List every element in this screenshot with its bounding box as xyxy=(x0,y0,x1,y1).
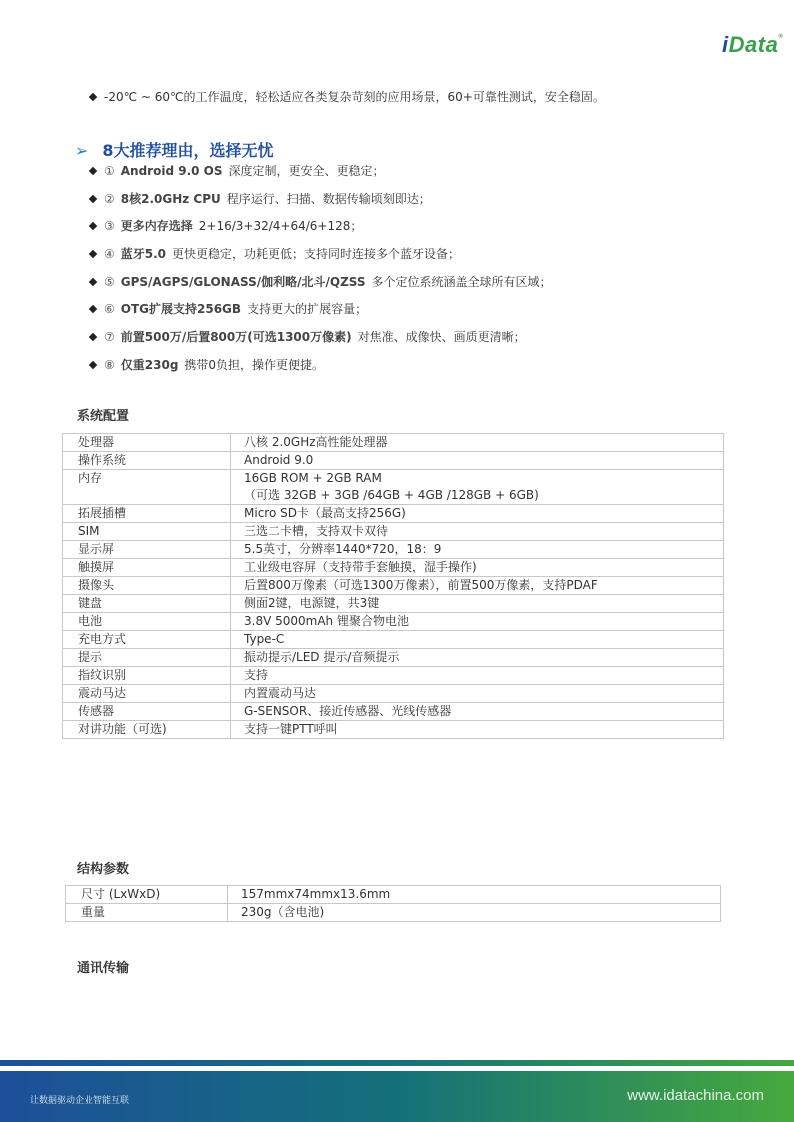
spec-value-cell: 230g（含电池) xyxy=(228,904,721,922)
table-row: 摄像头后置800万像素（可选1300万像素），前置500万像素，支持PDAF xyxy=(63,577,724,595)
reasons-heading-text: 8大推荐理由，选择无忧 xyxy=(102,141,273,160)
reason-number: ⑥ xyxy=(104,302,115,316)
table-row: 充电方式Type-C xyxy=(63,631,724,649)
system-config-table: 处理器八核 2.0GHz高性能处理器操作系统Android 9.0内存16GB … xyxy=(62,433,724,739)
spec-label: 指纹识别 xyxy=(63,667,231,685)
table-row: 提示振动提示/LED 提示/音频提示 xyxy=(63,649,724,667)
spec-label: 摄像头 xyxy=(63,577,231,595)
spec-label: 对讲功能（可选) xyxy=(63,721,231,739)
spec-value-cell: 三选二卡槽，支持双卡双待 xyxy=(231,523,724,541)
spec-value: Type-C xyxy=(244,632,284,646)
spec-value-cell: 157mmx74mmx13.6mm xyxy=(228,886,721,904)
spec-value-cell: Micro SD卡（最高支持256G) xyxy=(231,505,724,523)
spec-value: Android 9.0 xyxy=(244,453,313,467)
table-row: 显示屏5.5英寸，分辨率1440*720，18：9 xyxy=(63,541,724,559)
reasons-heading: ➢8大推荐理由，选择无忧 xyxy=(75,138,274,161)
reason-title: Android 9.0 OS xyxy=(121,164,223,178)
reason-desc: 深度定制，更安全、更稳定； xyxy=(229,164,385,178)
communication-title: 通讯传输 xyxy=(77,957,129,976)
reason-number: ⑧ xyxy=(104,358,115,372)
spec-value-extra: （可选 32GB + 3GB /64GB + 4GB /128GB + 6GB) xyxy=(244,488,539,502)
reason-title: 8核2.0GHz CPU xyxy=(121,192,221,206)
reason-title: 前置500万/后置800万(可选1300万像素) xyxy=(121,330,352,344)
reason-number: ① xyxy=(104,164,115,178)
spec-value-cell: 振动提示/LED 提示/音频提示 xyxy=(231,649,724,667)
spec-value-cell: 后置800万像素（可选1300万像素），前置500万像素，支持PDAF xyxy=(231,577,724,595)
spec-value-cell: Android 9.0 xyxy=(231,452,724,470)
spec-label: 操作系统 xyxy=(63,452,231,470)
reason-desc: 对焦准、成像快、画质更清晰； xyxy=(358,330,526,344)
spec-label: 提示 xyxy=(63,649,231,667)
intro-text: -20℃ ~ 60℃的工作温度，轻松适应各类复杂苛刻的应用场景，60+可靠性测试… xyxy=(104,90,605,104)
spec-value-cell: 5.5英寸，分辨率1440*720，18：9 xyxy=(231,541,724,559)
spec-label: 处理器 xyxy=(63,434,231,452)
table-row: 处理器八核 2.0GHz高性能处理器 xyxy=(63,434,724,452)
spec-value: 工业级电容屏（支持带手套触摸，湿手操作) xyxy=(244,560,477,574)
table-row: SIM三选二卡槽，支持双卡双待 xyxy=(63,523,724,541)
reason-desc: 更快更稳定，功耗更低；支持同时连接多个蓝牙设备； xyxy=(172,247,460,261)
spec-value: 八核 2.0GHz高性能处理器 xyxy=(244,435,388,449)
spec-value-cell: 工业级电容屏（支持带手套触摸，湿手操作) xyxy=(231,559,724,577)
spec-label: 充电方式 xyxy=(63,631,231,649)
diamond-bullet-icon xyxy=(89,361,97,369)
reason-desc: 程序运行、扫描、数据传输顷刻即达； xyxy=(227,192,431,206)
spec-value-cell: 支持一键PTT呼叫 xyxy=(231,721,724,739)
table-row: 指纹识别支持 xyxy=(63,667,724,685)
reason-item: ⑧仅重230g携带0负担，操作更便捷。 xyxy=(90,357,324,373)
reason-item: ①Android 9.0 OS深度定制，更安全、更稳定； xyxy=(90,163,385,179)
spec-value: 侧面2键，电源键，共3键 xyxy=(244,596,379,610)
reason-desc: 2+16/3+32/4+64/6+128； xyxy=(199,219,363,233)
footer-stripe xyxy=(0,1060,794,1066)
registered-mark: ® xyxy=(778,34,783,40)
spec-value: 后置800万像素（可选1300万像素），前置500万像素，支持PDAF xyxy=(244,578,598,592)
logo-data: Data xyxy=(729,32,779,57)
table-row: 传感器G-SENSOR、接近传感器、光线传感器 xyxy=(63,703,724,721)
reason-title: GPS/AGPS/GLONASS/伽利略/北斗/QZSS xyxy=(121,275,366,289)
spec-value-cell: G-SENSOR、接近传感器、光线传感器 xyxy=(231,703,724,721)
spec-label: SIM xyxy=(63,523,231,541)
spec-label: 键盘 xyxy=(63,595,231,613)
reason-number: ③ xyxy=(104,219,115,233)
reason-desc: 多个定位系统涵盖全球所有区域； xyxy=(372,275,552,289)
idata-logo: iData® xyxy=(722,32,783,58)
arrow-icon: ➢ xyxy=(75,141,88,160)
spec-value: 振动提示/LED 提示/音频提示 xyxy=(244,650,399,664)
reason-title: OTG扩展支持256GB xyxy=(121,302,241,316)
table-row: 重量230g（含电池) xyxy=(66,904,721,922)
spec-value: Micro SD卡（最高支持256G) xyxy=(244,506,406,520)
spec-label: 重量 xyxy=(66,904,228,922)
reason-desc: 支持更大的扩展容量； xyxy=(247,302,367,316)
reason-desc: 携带0负担，操作更便捷。 xyxy=(184,358,324,372)
spec-value-cell: Type-C xyxy=(231,631,724,649)
system-config-title: 系统配置 xyxy=(77,405,129,424)
spec-label: 震动马达 xyxy=(63,685,231,703)
spec-label: 拓展插槽 xyxy=(63,505,231,523)
diamond-bullet-icon xyxy=(89,333,97,341)
spec-value-cell: 支持 xyxy=(231,667,724,685)
spec-label: 内存 xyxy=(63,470,231,505)
logo-i: i xyxy=(722,32,729,57)
table-row: 震动马达内置震动马达 xyxy=(63,685,724,703)
reason-item: ⑤GPS/AGPS/GLONASS/伽利略/北斗/QZSS多个定位系统涵盖全球所… xyxy=(90,274,552,290)
table-row: 拓展插槽Micro SD卡（最高支持256G) xyxy=(63,505,724,523)
reason-number: ⑤ xyxy=(104,275,115,289)
structure-title: 结构参数 xyxy=(77,858,129,877)
reason-item: ⑦前置500万/后置800万(可选1300万像素)对焦准、成像快、画质更清晰； xyxy=(90,329,526,345)
table-row: 触摸屏工业级电容屏（支持带手套触摸，湿手操作) xyxy=(63,559,724,577)
table-row: 内存16GB ROM + 2GB RAM（可选 32GB + 3GB /64GB… xyxy=(63,470,724,505)
footer-slogan: 让数据驱动企业智能互联 xyxy=(30,1093,129,1106)
reason-number: ⑦ xyxy=(104,330,115,344)
spec-value: 支持一键PTT呼叫 xyxy=(244,722,338,736)
table-row: 尺寸 (LxWxD)157mmx74mmx13.6mm xyxy=(66,886,721,904)
diamond-bullet-icon xyxy=(89,278,97,286)
reason-title: 更多内存选择 xyxy=(121,219,193,233)
diamond-bullet-icon xyxy=(89,93,97,101)
reason-title: 蓝牙5.0 xyxy=(121,247,166,261)
reason-item: ④蓝牙5.0更快更稳定，功耗更低；支持同时连接多个蓝牙设备； xyxy=(90,246,460,262)
reason-item: ⑥OTG扩展支持256GB支持更大的扩展容量； xyxy=(90,301,367,317)
spec-value-cell: 16GB ROM + 2GB RAM（可选 32GB + 3GB /64GB +… xyxy=(231,470,724,505)
spec-value: 16GB ROM + 2GB RAM xyxy=(244,471,382,485)
spec-value: 3.8V 5000mAh 锂聚合物电池 xyxy=(244,614,409,628)
spec-label: 显示屏 xyxy=(63,541,231,559)
spec-value: 157mmx74mmx13.6mm xyxy=(241,887,390,901)
spec-value: 三选二卡槽，支持双卡双待 xyxy=(244,524,388,538)
spec-value-cell: 八核 2.0GHz高性能处理器 xyxy=(231,434,724,452)
reason-number: ② xyxy=(104,192,115,206)
table-row: 键盘侧面2键，电源键，共3键 xyxy=(63,595,724,613)
spec-value: 230g（含电池) xyxy=(241,905,324,919)
diamond-bullet-icon xyxy=(89,195,97,203)
spec-label: 触摸屏 xyxy=(63,559,231,577)
spec-label: 电池 xyxy=(63,613,231,631)
diamond-bullet-icon xyxy=(89,222,97,230)
reason-item: ②8核2.0GHz CPU程序运行、扫描、数据传输顷刻即达； xyxy=(90,191,431,207)
structure-table: 尺寸 (LxWxD)157mmx74mmx13.6mm重量230g（含电池) xyxy=(65,885,721,922)
spec-value-cell: 侧面2键，电源键，共3键 xyxy=(231,595,724,613)
spec-value: 5.5英寸，分辨率1440*720，18：9 xyxy=(244,542,441,556)
footer-website: www.idatachina.com xyxy=(627,1087,764,1104)
diamond-bullet-icon xyxy=(89,167,97,175)
spec-value-cell: 3.8V 5000mAh 锂聚合物电池 xyxy=(231,613,724,631)
diamond-bullet-icon xyxy=(89,305,97,313)
table-row: 对讲功能（可选)支持一键PTT呼叫 xyxy=(63,721,724,739)
table-row: 操作系统Android 9.0 xyxy=(63,452,724,470)
spec-value: 支持 xyxy=(244,668,268,682)
spec-value-cell: 内置震动马达 xyxy=(231,685,724,703)
table-row: 电池3.8V 5000mAh 锂聚合物电池 xyxy=(63,613,724,631)
spec-value: G-SENSOR、接近传感器、光线传感器 xyxy=(244,704,451,718)
diamond-bullet-icon xyxy=(89,250,97,258)
spec-label: 尺寸 (LxWxD) xyxy=(66,886,228,904)
reason-title: 仅重230g xyxy=(121,358,179,372)
reason-number: ④ xyxy=(104,247,115,261)
intro-bullet: -20℃ ~ 60℃的工作温度，轻松适应各类复杂苛刻的应用场景，60+可靠性测试… xyxy=(90,89,605,105)
spec-value: 内置震动马达 xyxy=(244,686,316,700)
reason-item: ③更多内存选择2+16/3+32/4+64/6+128； xyxy=(90,218,362,234)
spec-label: 传感器 xyxy=(63,703,231,721)
